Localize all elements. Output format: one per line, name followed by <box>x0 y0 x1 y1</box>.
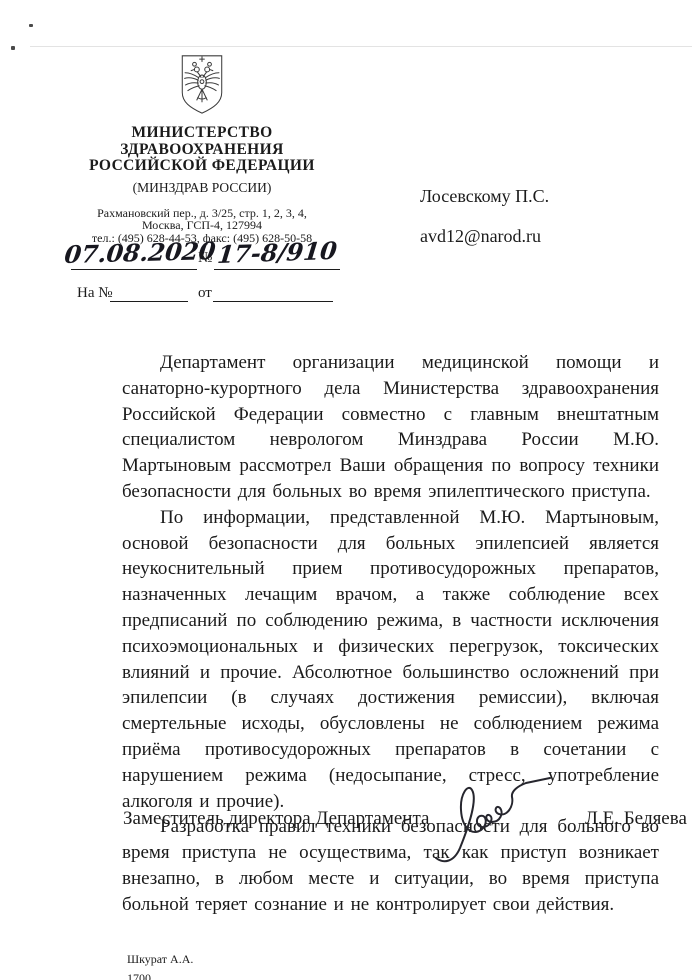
reference-block: 07.08.2020 № 17-8/910 На № от <box>57 232 367 304</box>
reference-line-incoming: На № от <box>57 282 367 304</box>
org-address-line: Москва, ГСП-4, 127994 <box>56 219 348 232</box>
coat-of-arms-icon <box>173 53 231 115</box>
body-paragraph: Департамент организации медицинской помо… <box>122 350 659 505</box>
org-name-line: РОССИЙСКОЙ ФЕДЕРАЦИИ <box>56 158 348 175</box>
letter-body: Департамент организации медицинской помо… <box>122 350 659 918</box>
handwritten-number: 17-8/910 <box>216 236 338 269</box>
executor-name: Шкурат А.А. <box>127 952 193 967</box>
org-name-line: МИНИСТЕРСТВО <box>56 125 348 142</box>
scan-speck <box>11 46 15 50</box>
recipient-block: Лосевскому П.С. avd12@narod.ru <box>420 186 549 247</box>
signatory-title: Заместитель директора Департамента <box>123 808 429 830</box>
reference-line-outgoing: 07.08.2020 № 17-8/910 <box>57 232 367 270</box>
org-name-line: ЗДРАВООХРАНЕНИЯ <box>56 142 348 159</box>
scan-speck <box>29 24 33 27</box>
reply-date-underline <box>213 301 333 302</box>
body-paragraph: По информации, представленной М.Ю. Марты… <box>122 505 659 815</box>
scanned-letter-page: МИНИСТЕРСТВО ЗДРАВООХРАНЕНИЯ РОССИЙСКОЙ … <box>0 0 700 980</box>
scan-line-artifact <box>30 46 692 47</box>
signatory-name: Л.Е. Беляева <box>585 808 687 830</box>
recipient-email: avd12@narod.ru <box>420 226 549 247</box>
reply-from-date-label: от <box>198 285 212 302</box>
number-underline <box>214 269 340 270</box>
number-sign: № <box>198 250 212 267</box>
handwritten-date: 07.08.2020 <box>63 236 217 269</box>
executor-phone-extension: 1700 <box>127 971 151 980</box>
reply-to-number-label: На № <box>77 285 113 302</box>
reply-number-underline <box>110 301 188 302</box>
org-short-name: (МИНЗДРАВ РОССИИ) <box>56 180 348 196</box>
recipient-name: Лосевскому П.С. <box>420 186 549 207</box>
letterhead: МИНИСТЕРСТВО ЗДРАВООХРАНЕНИЯ РОССИЙСКОЙ … <box>56 53 348 244</box>
date-underline <box>71 269 197 270</box>
signature-scribble-icon <box>430 770 556 870</box>
